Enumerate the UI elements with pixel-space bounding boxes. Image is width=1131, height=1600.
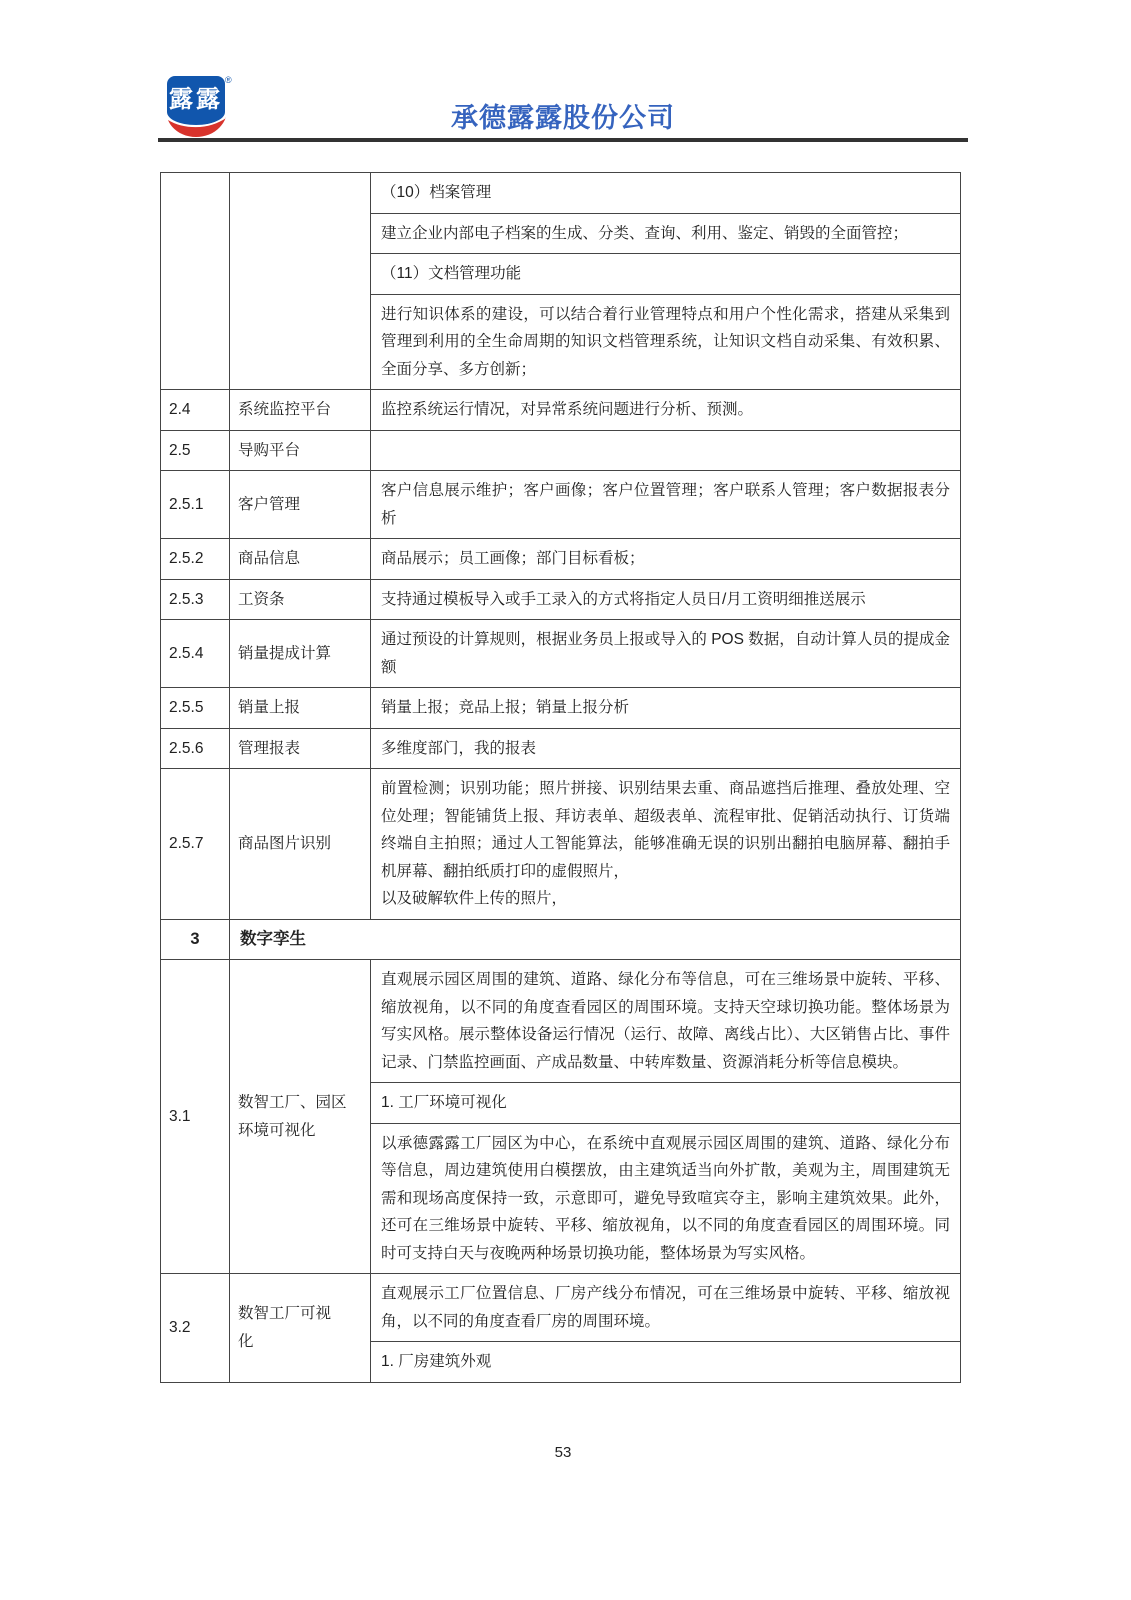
section-title: 数字孪生: [230, 919, 961, 960]
table-row: 2.5 导购平台: [161, 430, 961, 471]
row-description: 多维度部门，我的报表: [371, 728, 961, 769]
row-description: 直观展示工厂位置信息、厂房产线分布情况，可在三维场景中旋转、平移、缩放视角，以不…: [371, 1274, 961, 1342]
row-number: 2.5.2: [161, 539, 230, 580]
row-description: 进行知识体系的建设，可以结合着行业管理特点和用户个性化需求，搭建从采集到管理到利…: [371, 294, 961, 390]
table-row: 2.5.6 管理报表 多维度部门，我的报表: [161, 728, 961, 769]
row-title: 导购平台: [230, 430, 371, 471]
row-number: 2.5.4: [161, 620, 230, 688]
row-title: 系统监控平台: [230, 390, 371, 431]
row-description: 以承德露露工厂园区为中心，在系统中直观展示园区周围的建筑、道路、绿化分布等信息，…: [371, 1123, 961, 1274]
row-description: [371, 430, 961, 471]
table-row: 2.5.5 销量上报 销量上报；竞品上报；销量上报分析: [161, 688, 961, 729]
row-description: 建立企业内部电子档案的生成、分类、查询、利用、鉴定、销毁的全面管控；: [371, 213, 961, 254]
row-title-empty: [230, 173, 371, 390]
section-number: 3: [161, 919, 230, 960]
document-page: 露露 ® 承德露露股份公司 （10）档案管理 建立企业内部电子档案的生成、分类、…: [0, 0, 1131, 1600]
row-number: 2.5.5: [161, 688, 230, 729]
sub-item-label: 1. 工厂环境可视化: [371, 1083, 961, 1124]
page-number: 53: [160, 1444, 966, 1461]
row-title: 工资条: [230, 579, 371, 620]
row-title: 客户管理: [230, 471, 371, 539]
row-description: 前置检测；识别功能；照片拼接、识别结果去重、商品遮挡后推理、叠放处理、空位处理；…: [371, 769, 961, 920]
requirements-table: （10）档案管理 建立企业内部电子档案的生成、分类、查询、利用、鉴定、销毁的全面…: [160, 172, 961, 1383]
row-title: 管理报表: [230, 728, 371, 769]
table-row: 3.2 数智工厂可视 化 直观展示工厂位置信息、厂房产线分布情况，可在三维场景中…: [161, 1274, 961, 1342]
table-row: 2.5.7 商品图片识别 前置检测；识别功能；照片拼接、识别结果去重、商品遮挡后…: [161, 769, 961, 920]
header-divider: [158, 138, 968, 142]
table-row: 2.5.1 客户管理 客户信息展示维护；客户画像；客户位置管理；客户联系人管理；…: [161, 471, 961, 539]
row-number: 3.2: [161, 1274, 230, 1383]
section-header-row: 3 数字孪生: [161, 919, 961, 960]
row-number: 2.4: [161, 390, 230, 431]
table-row: （10）档案管理: [161, 173, 961, 214]
table-row: 2.5.2 商品信息 商品展示；员工画像；部门目标看板；: [161, 539, 961, 580]
row-number: 2.5.1: [161, 471, 230, 539]
row-title: 数智工厂可视 化: [230, 1274, 371, 1383]
row-description: （10）档案管理: [371, 173, 961, 214]
table-row: 3.1 数智工厂、园区 环境可视化 直观展示园区周围的建筑、道路、绿化分布等信息…: [161, 960, 961, 1083]
company-name: 承德露露股份公司: [160, 96, 966, 135]
row-title: 商品信息: [230, 539, 371, 580]
sub-item-label: 1. 厂房建筑外观: [371, 1342, 961, 1383]
row-description: 通过预设的计算规则，根据业务员上报或导入的 POS 数据，自动计算人员的提成金额: [371, 620, 961, 688]
row-number: 2.5.6: [161, 728, 230, 769]
row-number-empty: [161, 173, 230, 390]
row-number: 3.1: [161, 960, 230, 1274]
row-description: 直观展示园区周围的建筑、道路、绿化分布等信息，可在三维场景中旋转、平移、缩放视角…: [371, 960, 961, 1083]
row-description: 监控系统运行情况，对异常系统问题进行分析、预测。: [371, 390, 961, 431]
row-description: 商品展示；员工画像；部门目标看板；: [371, 539, 961, 580]
row-description: 支持通过模板导入或手工录入的方式将指定人员日/月工资明细推送展示: [371, 579, 961, 620]
row-title: 数智工厂、园区 环境可视化: [230, 960, 371, 1274]
table-row: 2.4 系统监控平台 监控系统运行情况，对异常系统问题进行分析、预测。: [161, 390, 961, 431]
table-row: 2.5.4 销量提成计算 通过预设的计算规则，根据业务员上报或导入的 POS 数…: [161, 620, 961, 688]
row-number: 2.5: [161, 430, 230, 471]
row-number: 2.5.7: [161, 769, 230, 920]
row-title: 商品图片识别: [230, 769, 371, 920]
registered-mark-icon: ®: [225, 75, 232, 85]
row-number: 2.5.3: [161, 579, 230, 620]
row-title: 销量提成计算: [230, 620, 371, 688]
row-title: 销量上报: [230, 688, 371, 729]
row-description: （11）文档管理功能: [371, 254, 961, 295]
row-description: 客户信息展示维护；客户画像；客户位置管理；客户联系人管理；客户数据报表分析: [371, 471, 961, 539]
table-row: 2.5.3 工资条 支持通过模板导入或手工录入的方式将指定人员日/月工资明细推送…: [161, 579, 961, 620]
row-description: 销量上报；竞品上报；销量上报分析: [371, 688, 961, 729]
